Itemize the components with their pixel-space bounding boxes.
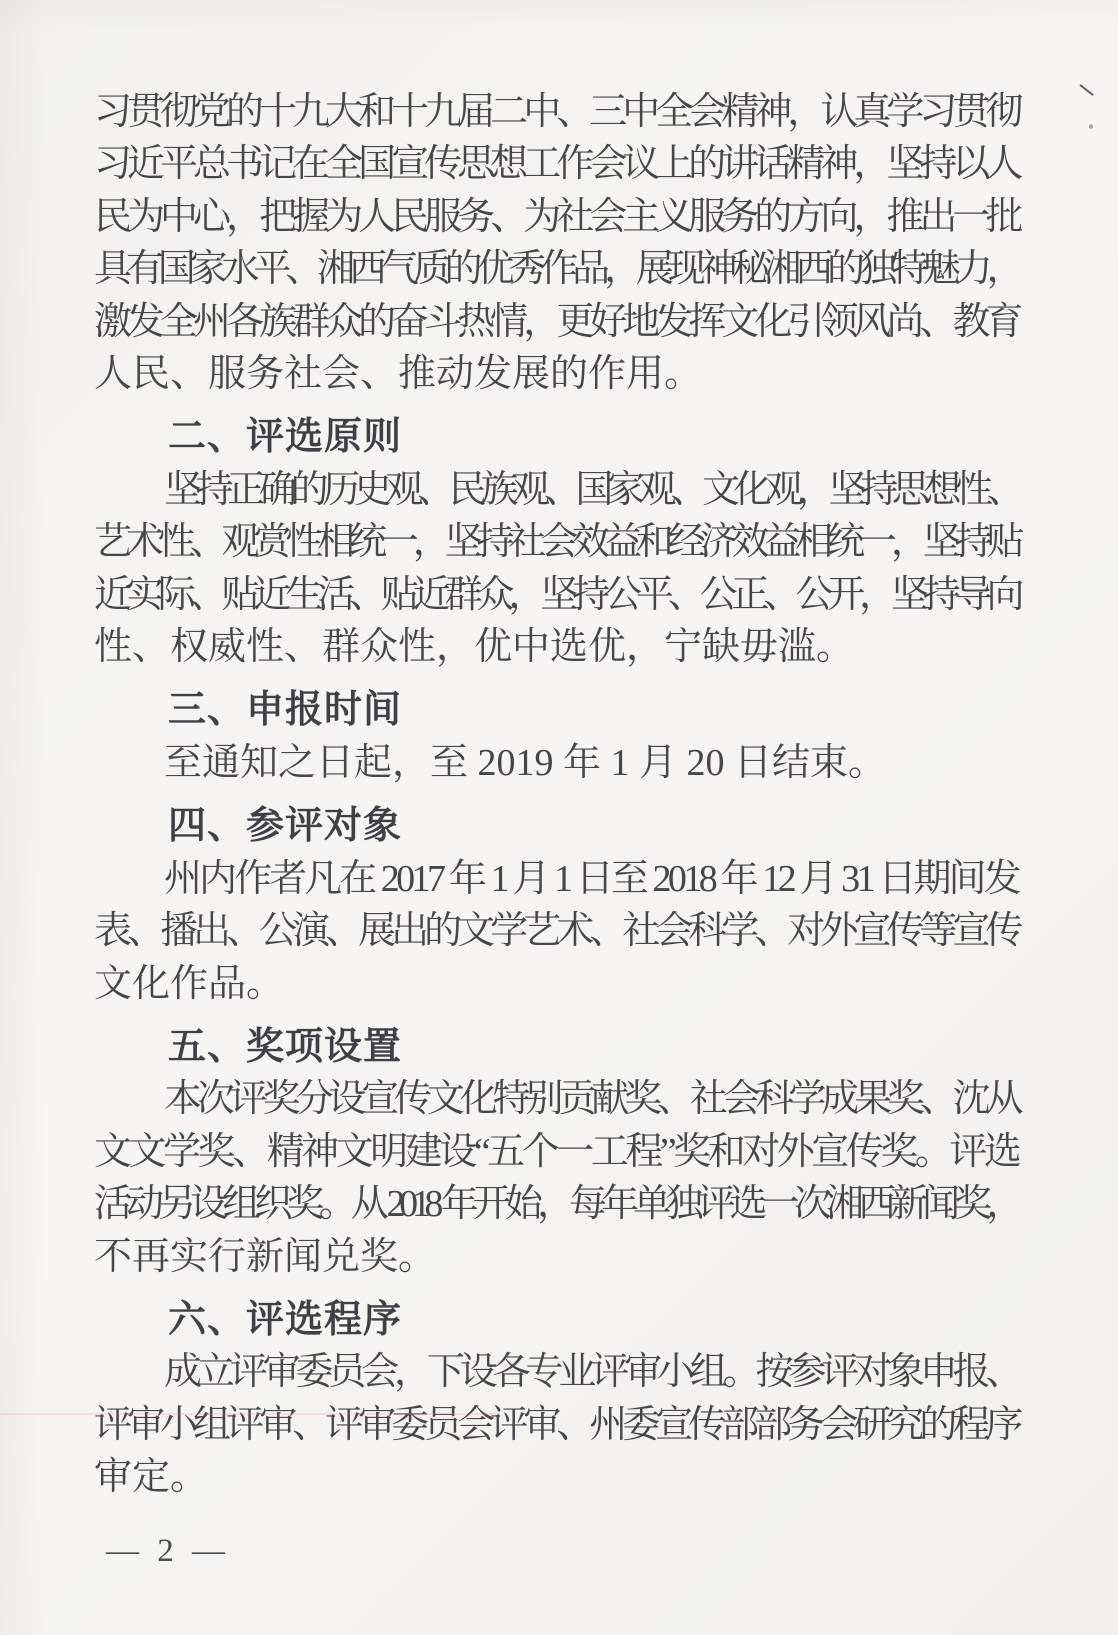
document-line: 本次评奖分设宣传文化特别贡献奖、社会科学成果奖、沈从 [94,1073,1018,1125]
scan-artifact-dash-icon [1079,84,1094,96]
paragraph: 州内作者凡在 2017 年 1 月 1 日至 2018 年 12 月 31 日期… [94,853,1018,1010]
section-heading: 二、评选原则 [94,411,1018,463]
document-line: 不再实行新闻兑奖。 [94,1231,1018,1283]
section-heading: 三、申报时间 [94,684,1018,736]
document-line: 活动另设组织奖。从 2018 年开始，每年单独评选一次湘西新闻奖， [94,1178,1018,1230]
document-line: 州内作者凡在 2017 年 1 月 1 日至 2018 年 12 月 31 日期… [94,853,1018,905]
section-heading: 四、参评对象 [94,800,1018,852]
document-line: 民为中心，把握为人民服务、为社会主义服务的方向，推出一批 [94,191,1018,243]
section-heading: 六、评选程序 [94,1294,1018,1346]
paragraph: 习贯彻党的十九大和十九届二中、三中全会精神，认真学习贯彻习近平总书记在全国宣传思… [94,86,1018,400]
document-line: 审定。 [94,1451,1018,1503]
scan-artifact-dot-icon [1089,124,1093,129]
document-line: 坚持正确的历史观、民族观、国家观、文化观，坚持思想性、 [94,464,1018,516]
paragraph: 至通知之日起，至 2019 年 1 月 20 日结束。 [94,737,1018,789]
document-line: 表、播出、公演、展出的文学艺术、社会科学、对外宣传等宣传 [94,905,1018,957]
document-body: 习贯彻党的十九大和十九届二中、三中全会精神，认真学习贯彻习近平总书记在全国宣传思… [94,86,1018,1504]
scan-artifact-line [0,1413,500,1415]
document-line: 习贯彻党的十九大和十九届二中、三中全会精神，认真学习贯彻 [94,86,1018,138]
document-line: 激发全州各族群众的奋斗热情，更好地发挥文化引领风尚、教育 [94,296,1018,348]
section-heading: 五、奖项设置 [94,1021,1018,1073]
document-line: 评审小组评审、评审委员会评审、州委宣传部部务会研究的程序 [94,1399,1018,1451]
document-line: 习近平总书记在全国宣传思想工作会议上的讲话精神，坚持以人 [94,138,1018,190]
paragraph: 坚持正确的历史观、民族观、国家观、文化观，坚持思想性、艺术性、观赏性相统一，坚持… [94,464,1018,674]
document-line: 成立评审委员会，下设各专业评审小组。按参评对象申报、 [94,1346,1018,1398]
document-line: 艺术性、观赏性相统一，坚持社会效益和经济效益相统一，坚持贴 [94,516,1018,568]
document-line: 人民、服务社会、推动发展的作用。 [94,348,1018,400]
paragraph: 成立评审委员会，下设各专业评审小组。按参评对象申报、评审小组评审、评审委员会评审… [94,1346,1018,1503]
page-number: — 2 — [106,1533,230,1570]
document-line: 至通知之日起，至 2019 年 1 月 20 日结束。 [94,737,1018,789]
document-page: 习贯彻党的十九大和十九届二中、三中全会精神，认真学习贯彻习近平总书记在全国宣传思… [0,0,1118,1635]
document-line: 文化作品。 [94,958,1018,1010]
document-line: 具有国家水平、湘西气质的优秀作品，展现神秘湘西的独特魅力， [94,243,1018,295]
document-line: 近实际、贴近生活、贴近群众，坚持公平、公正、公开，坚持导向 [94,569,1018,621]
paragraph: 本次评奖分设宣传文化特别贡献奖、社会科学成果奖、沈从文文学奖、精神文明建设“五个… [94,1073,1018,1283]
document-line: 文文学奖、精神文明建设“五个一工程”奖和对外宣传奖。评选 [94,1126,1018,1178]
document-line: 性、权威性、群众性，优中选优，宁缺毋滥。 [94,621,1018,673]
